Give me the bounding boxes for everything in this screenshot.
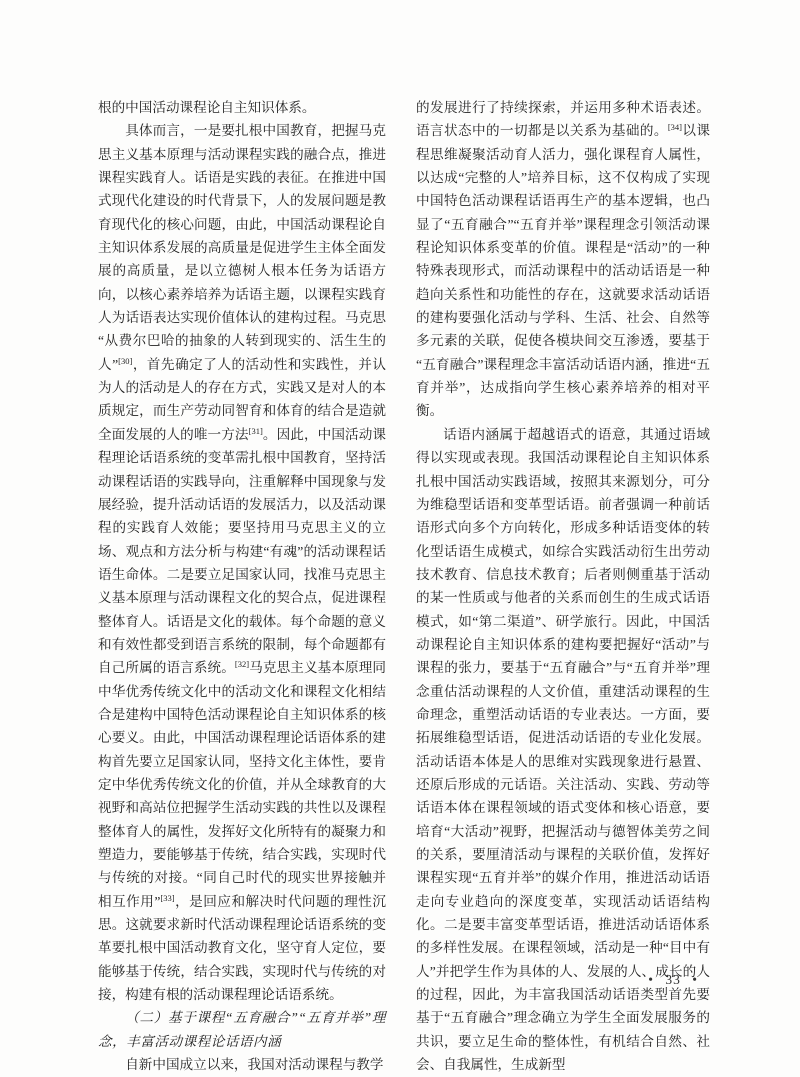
citation-reference: [34] — [668, 122, 682, 132]
body-paragraph: 自新中国成立以来，我国对活动课程与教学 — [98, 1053, 386, 1076]
body-paragraph: 具体而言，一是要扎根中国教育，把握马克思主义基本原理与活动课程实践的融合点，推进… — [98, 119, 386, 1006]
citation-reference: [32] — [235, 659, 249, 669]
citation-reference: [30] — [118, 356, 132, 366]
two-column-text-block: 根的中国活动课程论自主知识体系。具体而言，一是要扎根中国教育，把握马克思主义基本… — [98, 96, 710, 1076]
continued-paragraph: 的发展进行了持续探索，并运用多种术语表述。语言状态中的一切都是以关系为基础的。[… — [416, 96, 710, 423]
citation-reference: [31] — [249, 426, 263, 436]
text-column-right: 的发展进行了持续探索，并运用多种术语表述。语言状态中的一切都是以关系为基础的。[… — [416, 96, 710, 1076]
page-footer: • 33 • — [98, 972, 698, 988]
section-heading: （二）基于课程“五育融合”“五育并举”理念，丰富活动课程论话语内涵 — [98, 1006, 386, 1053]
continued-paragraph: 根的中国活动课程论自主知识体系。 — [98, 96, 386, 119]
journal-page: 根的中国活动课程论自主知识体系。具体而言，一是要扎根中国教育，把握马克思主义基本… — [0, 0, 800, 1077]
citation-reference: [33] — [160, 893, 174, 903]
page-number: • 33 • — [648, 972, 698, 987]
text-column-left: 根的中国活动课程论自主知识体系。具体而言，一是要扎根中国教育，把握马克思主义基本… — [98, 96, 386, 1076]
